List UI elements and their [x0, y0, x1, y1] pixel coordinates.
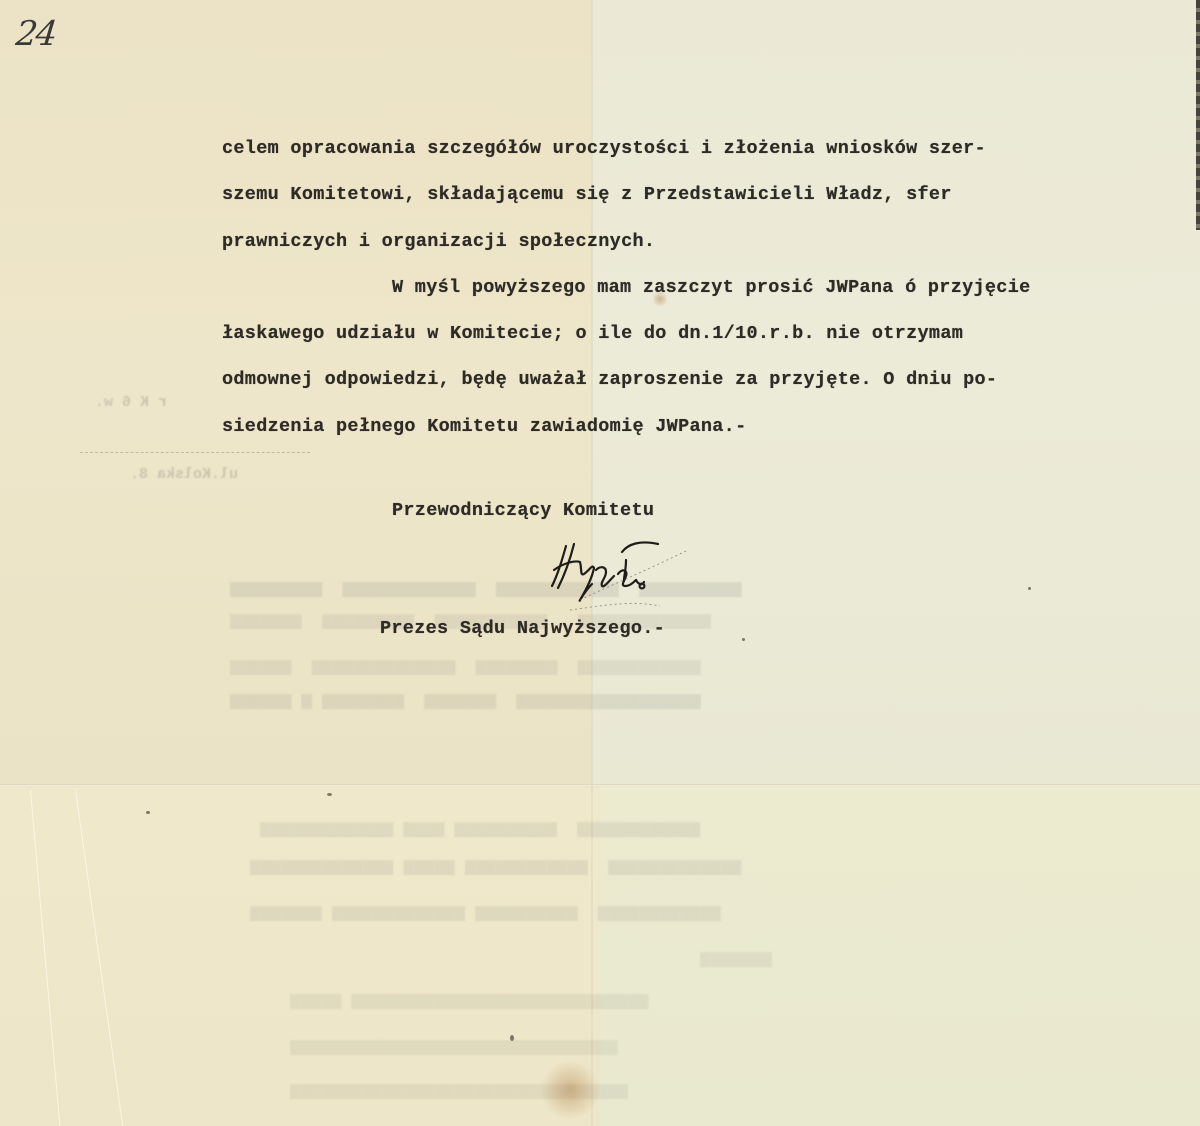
paper-stain [653, 290, 667, 308]
text-line: prawniczych i organizacji społecznych. [222, 219, 1172, 265]
text-line: szemu Komitetowi, składającemu się z Prz… [222, 172, 1172, 218]
bleed-through-text-line: ▆▆▆▆▆▆▆▆▆▆▆▆▆▆ ▆▆▆▆▆ ▆▆▆▆▆▆▆▆▆▆▆▆ ▆▆▆▆▆▆… [250, 856, 741, 877]
paragraph-2: W myśl powyższego mam zaszczyt prosić JW… [222, 265, 1172, 450]
ink-speck [742, 638, 745, 641]
bleed-through-text-line: ▆▆▆▆▆ ▆▆▆▆▆▆▆▆▆▆▆▆▆▆▆▆▆▆▆▆▆▆▆▆▆▆▆▆▆ [290, 990, 648, 1011]
bleed-through-text-line: ▆▆▆▆▆▆▆ ▆▆▆▆▆▆▆▆▆▆▆▆▆ ▆▆▆▆▆▆▆▆▆▆ ▆▆▆▆▆▆▆… [250, 902, 721, 923]
closing-title: Przewodniczący Komitetu [392, 500, 654, 521]
handwritten-page-number: 24 [14, 14, 57, 54]
scanned-letter-page: r K 6 w. ul.Kolska 8. ▆▆▆▆▆▆▆▆▆ ▆▆▆▆▆▆▆▆… [0, 0, 1200, 1126]
bleed-through-stamp-divider [80, 452, 310, 453]
text-line: celem opracowania szczegółów uroczystośc… [222, 126, 1172, 172]
bleed-through-stamp-line-1: r K 6 w. [95, 394, 167, 411]
bleed-through-text-line: ▆▆▆▆▆▆▆▆▆▆▆▆▆▆▆▆▆▆▆▆▆▆▆▆▆▆▆▆▆▆▆▆ [290, 1036, 618, 1057]
ink-speck [510, 1035, 514, 1041]
paper-stain [540, 1060, 600, 1120]
text-line: łaskawego udziału w Komitecie; o ile do … [222, 311, 1172, 357]
bleed-through-text-line: ▆▆▆▆▆▆▆ [700, 948, 772, 969]
ink-speck [1028, 587, 1031, 590]
signer-title: Prezes Sądu Najwyższego.- [380, 618, 665, 639]
signature-icon [540, 530, 690, 620]
ink-speck [327, 793, 332, 796]
ink-speck [146, 811, 150, 814]
bleed-through-text-line: ▆▆▆▆▆▆ ▆▆▆▆▆▆▆▆▆▆▆▆▆▆ ▆▆▆▆▆▆▆▆ ▆▆▆▆▆▆▆▆▆… [230, 656, 701, 677]
text-line: odmownej odpowiedzi, będę uważał zaprosz… [222, 357, 1172, 403]
horizontal-fold-line [0, 784, 1200, 787]
text-line: W myśl powyższego mam zaszczyt prosić JW… [222, 265, 1172, 311]
text-line: siedzenia pełnego Komitetu zawiadomię JW… [222, 404, 1172, 450]
bleed-through-text-line: ▆▆▆▆▆▆▆▆▆▆▆▆▆ ▆▆▆▆ ▆▆▆▆▆▆▆▆▆▆ ▆▆▆▆▆▆▆▆▆▆… [260, 818, 700, 839]
bleed-through-stamp-line-2: ul.Kolska 8. [130, 466, 238, 483]
torn-right-edge [1196, 0, 1200, 230]
letter-body: celem opracowania szczegółów uroczystośc… [222, 126, 1172, 450]
bleed-through-text-line: ▆▆▆▆▆▆ ▆ ▆▆▆▆▆▆▆▆ ▆▆▆▆▆▆▆ ▆▆▆▆▆▆▆▆▆▆▆▆▆▆… [230, 690, 701, 711]
paragraph-1: celem opracowania szczegółów uroczystośc… [222, 126, 1172, 265]
